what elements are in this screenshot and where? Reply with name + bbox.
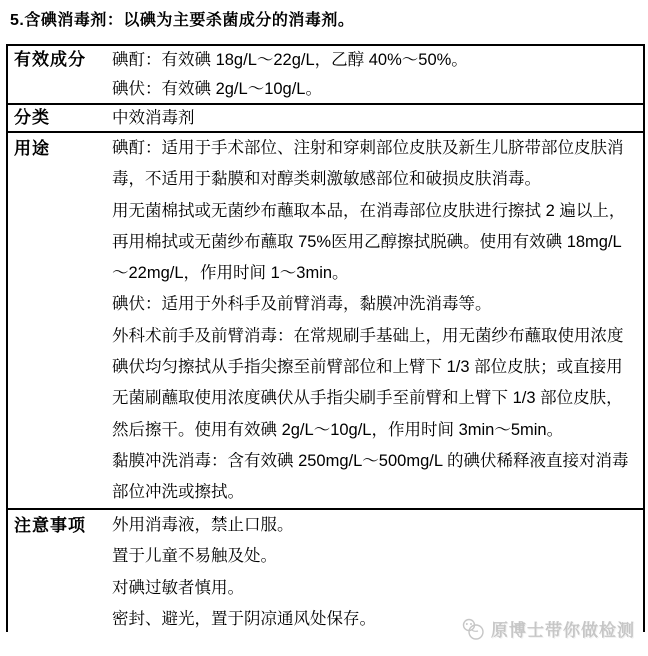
row-label: 注意事项: [8, 510, 112, 632]
page-title: 5.含碘消毒剂：以碘为主要杀菌成分的消毒剂。: [10, 7, 354, 30]
watermark: 原博士带你做检测: [460, 616, 635, 641]
content-line: 中效消毒剂: [112, 105, 635, 131]
content-line: 碘伏：有效碘 2g/L～10g/L。: [112, 75, 635, 104]
content-line: 黏膜冲洗消毒：含有效碘 250mg/L～500mg/L 的碘伏稀释液直接对消毒部…: [112, 446, 635, 509]
table-row: 分类 中效消毒剂: [8, 105, 643, 133]
content-line: 碘酊：有效碘 18g/L～22g/L，乙醇 40%～50%。: [112, 46, 635, 75]
watermark-text: 原博士带你做检测: [491, 616, 635, 641]
row-label: 分类: [8, 105, 112, 131]
row-content: 碘酊：有效碘 18g/L～22g/L，乙醇 40%～50%。碘伏：有效碘 2g/…: [112, 46, 643, 103]
content-line: 用无菌棉拭或无菌纱布蘸取本品，在消毒部位皮肤进行擦拭 2 遍以上，再用棉拭或无菌…: [112, 196, 635, 290]
row-content: 中效消毒剂: [112, 105, 643, 131]
info-table: 有效成分 碘酊：有效碘 18g/L～22g/L，乙醇 40%～50%。碘伏：有效…: [6, 44, 645, 632]
row-content: 外用消毒液，禁止口服。置于儿童不易触及处。对碘过敏者慎用。密封、避光，置于阴凉通…: [112, 510, 643, 632]
row-label: 用途: [8, 133, 112, 509]
row-label: 有效成分: [8, 46, 112, 103]
table-row: 用途 碘酊：适用于手术部位、注射和穿刺部位皮肤及新生儿脐带部位皮肤消毒，不适用于…: [8, 133, 643, 510]
panda-logo-icon: [460, 617, 486, 641]
row-content: 碘酊：适用于手术部位、注射和穿刺部位皮肤及新生儿脐带部位皮肤消毒，不适用于黏膜和…: [112, 133, 643, 509]
content-line: 碘酊：适用于手术部位、注射和穿刺部位皮肤及新生儿脐带部位皮肤消毒，不适用于黏膜和…: [112, 133, 635, 196]
content-line: 对碘过敏者慎用。: [112, 573, 635, 604]
document-page: 5.含碘消毒剂：以碘为主要杀菌成分的消毒剂。 有效成分 碘酊：有效碘 18g/L…: [0, 0, 648, 656]
table-row: 有效成分 碘酊：有效碘 18g/L～22g/L，乙醇 40%～50%。碘伏：有效…: [8, 46, 643, 105]
content-line: 外科术前手及前臂消毒：在常规刷手基础上，用无菌纱布蘸取使用浓度碘伏均匀擦拭从手指…: [112, 321, 635, 446]
content-line: 碘伏：适用于外科手及前臂消毒，黏膜冲洗消毒等。: [112, 289, 635, 320]
content-line: 外用消毒液，禁止口服。: [112, 510, 635, 541]
content-line: 置于儿童不易触及处。: [112, 541, 635, 572]
table-row: 注意事项 外用消毒液，禁止口服。置于儿童不易触及处。对碘过敏者慎用。密封、避光，…: [8, 510, 643, 632]
